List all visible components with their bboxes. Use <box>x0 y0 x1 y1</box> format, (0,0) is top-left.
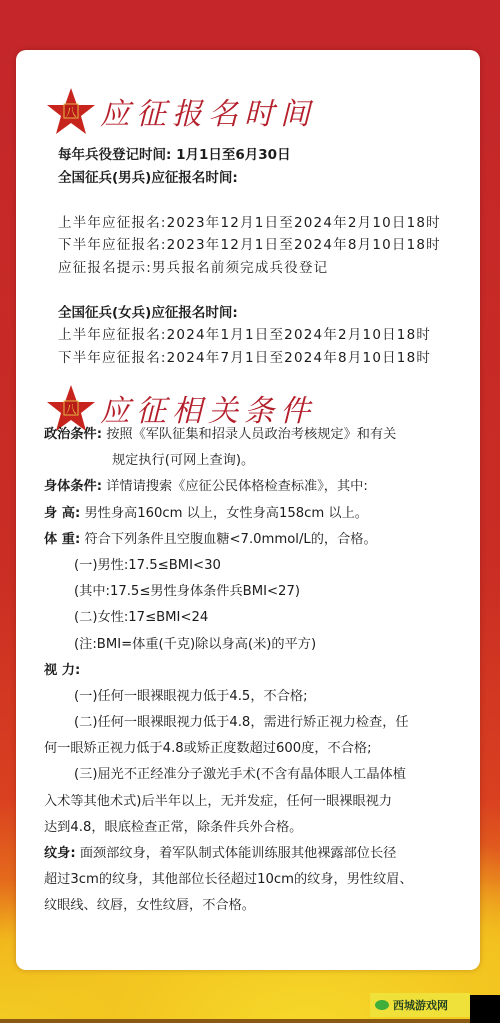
political-condition: 政治条件: 按照《军队征集和招录人员政治考核规定》和有关 <box>44 422 460 448</box>
height-condition: 身 高: 男性身高160cm 以上，女性身高158cm 以上。 <box>44 501 460 527</box>
registration-line: 全国征兵(男兵)应征报名时间: <box>58 167 458 190</box>
registration-line: 上半年应征报名:2024年1月1日至2024年2月10日18时 <box>58 324 458 347</box>
weight-label: 体 重: <box>44 532 80 547</box>
conditions-lines: 政治条件: 按照《军队征集和招录人员政治考核规定》和有关 规定执行(可网上查询)… <box>44 422 460 920</box>
tattoo-condition: 纹身: 面颈部纹身，着军队制式体能训练服其他裸露部位长径 <box>44 841 460 867</box>
bottom-strip <box>0 1019 500 1023</box>
tattoo-text: 面颈部纹身，着军队制式体能训练服其他裸露部位长径 <box>76 846 397 861</box>
registration-line: 下半年应征报名:2023年12月1日至2024年8月10日18时 <box>58 234 458 257</box>
weight-item: (注:BMI=体重(千克)除以身高(米)的平方) <box>44 632 460 658</box>
info-card: 八 应征报名时间 每年兵役登记时间: 1月1日至6月30日 全国征兵(男兵)应征… <box>16 50 480 970</box>
vision-line: 达到4.8，眼底检查正常，除条件兵外合格。 <box>44 815 460 841</box>
height-text: 男性身高160cm 以上，女性身高158cm 以上。 <box>80 506 368 521</box>
political-text: 按照《军队征集和招录人员政治考核规定》和有关 <box>102 427 396 442</box>
tattoo-line: 纹眼线、纹唇，女性纹唇，不合格。 <box>44 893 460 919</box>
registration-time-lines: 每年兵役登记时间: 1月1日至6月30日 全国征兵(男兵)应征报名时间: 上半年… <box>58 144 458 369</box>
vision-line: (三)屈光不正经准分子激光手术(不含有晶体眼人工晶体植 <box>44 762 460 788</box>
weight-item: (二)女性:17≤BMI<24 <box>44 605 460 631</box>
section-header-registration-time: 八 应征报名时间 <box>46 87 316 135</box>
watermark-logo-icon <box>375 1000 389 1010</box>
registration-line: 应征报名提示:男兵报名前须完成兵役登记 <box>58 257 458 280</box>
weight-item: (其中:17.5≤男性身体条件兵BMI<27) <box>44 579 460 605</box>
vision-label: 视 力: <box>44 658 460 684</box>
political-label: 政治条件: <box>44 427 102 442</box>
physical-condition: 身体条件: 详情请搜索《应征公民体格检查标准》，其中: <box>44 474 460 500</box>
political-condition-cont: 规定执行(可网上查询)。 <box>44 448 460 474</box>
vision-line: (一)任何一眼裸眼视力低于4.5，不合格; <box>44 684 460 710</box>
tattoo-line: 超过3cm的纹身，其他部位长径超过10cm的纹身，男性纹眉、 <box>44 867 460 893</box>
vision-line: (二)任何一眼裸眼视力低于4.8，需进行矫正视力检查，任 <box>44 710 460 736</box>
svg-text:八: 八 <box>66 403 77 416</box>
height-label: 身 高: <box>44 506 80 521</box>
vision-line: 入术等其他术式)后半年以上，无并发症，任何一眼裸眼视力 <box>44 789 460 815</box>
section-title: 应征报名时间 <box>100 89 316 133</box>
blank-line <box>58 279 458 302</box>
corner-black-block <box>470 995 500 1023</box>
registration-line: 每年兵役登记时间: 1月1日至6月30日 <box>58 144 458 167</box>
registration-line: 下半年应征报名:2024年7月1日至2024年8月10日18时 <box>58 347 458 370</box>
watermark: 西城游戏网 <box>370 993 470 1017</box>
registration-line: 全国征兵(女兵)应征报名时间: <box>58 302 458 325</box>
weight-condition: 体 重: 符合下列条件且空腹血糖<7.0mmol/L的，合格。 <box>44 527 460 553</box>
physical-text: 详情请搜索《应征公民体格检查标准》，其中: <box>102 479 368 494</box>
watermark-text: 西城游戏网 <box>393 997 448 1013</box>
weight-text: 符合下列条件且空腹血糖<7.0mmol/L的，合格。 <box>80 532 376 547</box>
vision-line: 何一眼矫正视力低于4.8或矫正度数超过600度，不合格; <box>44 736 460 762</box>
tattoo-label: 纹身: <box>44 846 76 861</box>
blank-line <box>58 189 458 212</box>
registration-line: 上半年应征报名:2023年12月1日至2024年2月10日18时 <box>58 212 458 235</box>
star-icon: 八 <box>46 87 96 135</box>
svg-text:八: 八 <box>66 106 77 119</box>
physical-label: 身体条件: <box>44 479 102 494</box>
weight-item: (一)男性:17.5≤BMI<30 <box>44 553 460 579</box>
